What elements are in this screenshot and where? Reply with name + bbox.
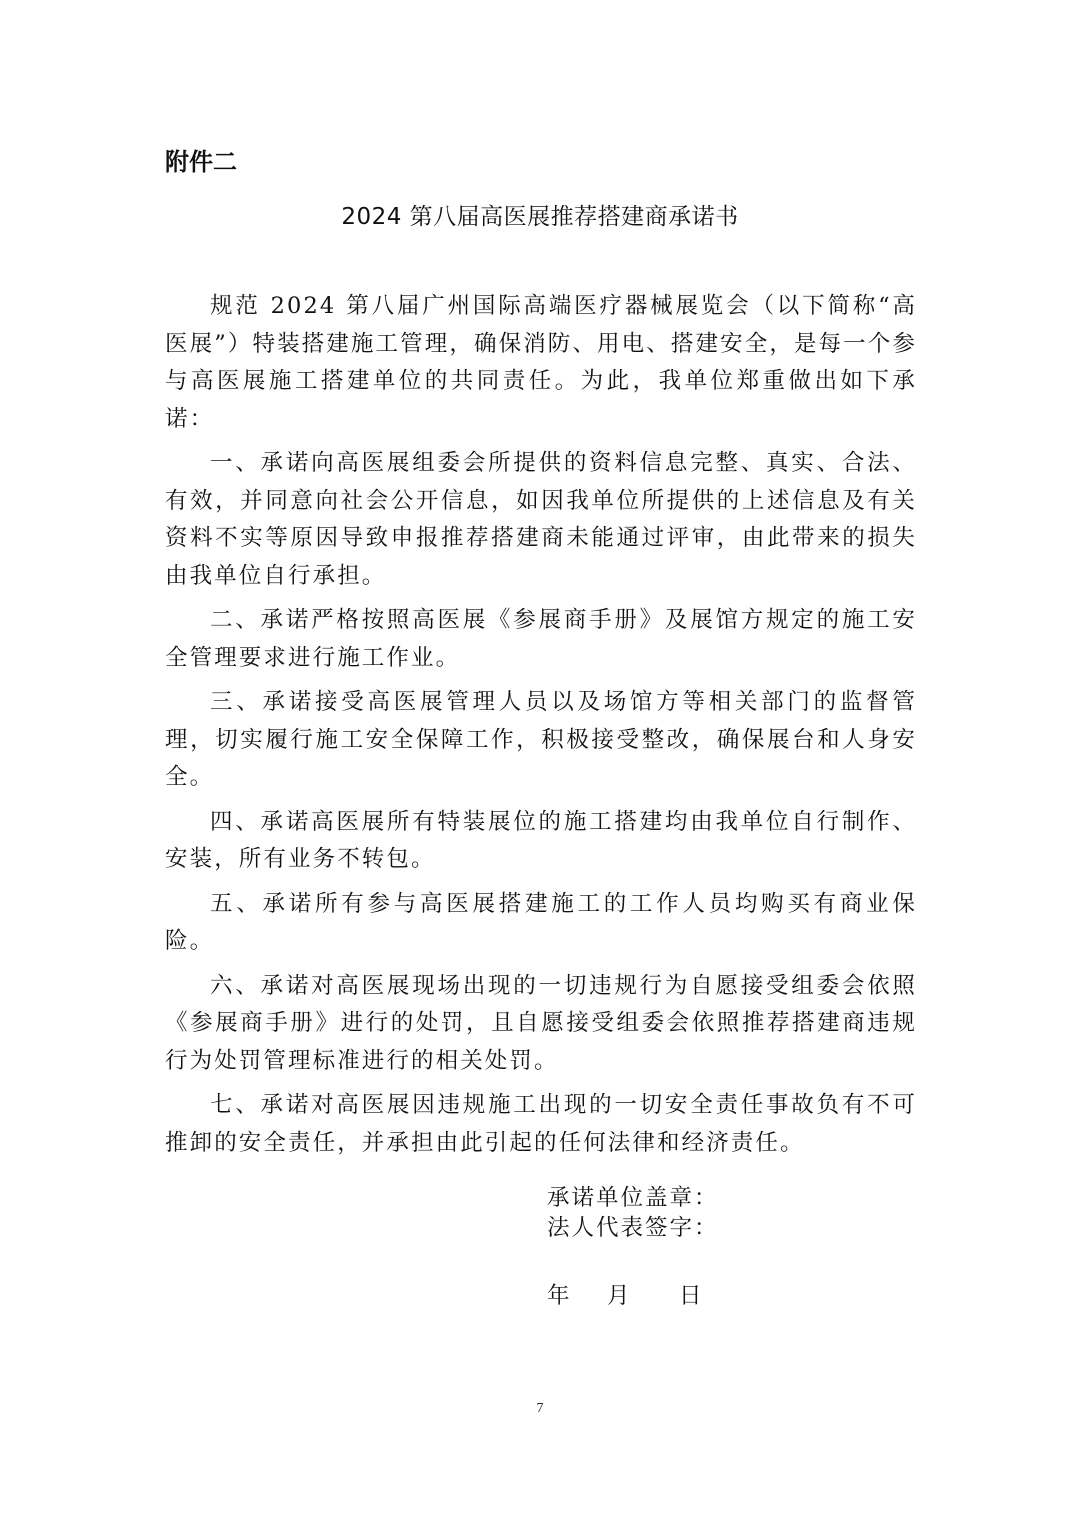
company-seal-label: 承诺单位盖章：	[547, 1183, 719, 1213]
signature-block: 承诺单位盖章： 法人代表签字：	[547, 1183, 719, 1243]
commitment-3: 三、承诺接受高医展管理人员以及场馆方等相关部门的监督管理，切实履行施工安全保障工…	[165, 684, 917, 797]
date-line: 年月日	[547, 1281, 702, 1311]
document-body: 规范 2024 第八届广州国际高端医疗器械展览会（以下简称“高医展”）特装搭建施…	[165, 288, 917, 1169]
commitment-4: 四、承诺高医展所有特装展位的施工搭建均由我单位自行制作、安装，所有业务不转包。	[165, 804, 917, 879]
date-day-label: 日	[679, 1281, 702, 1311]
date-month-label: 月	[607, 1281, 679, 1311]
commitment-1: 一、承诺向高医展组委会所提供的资料信息完整、真实、合法、有效，并同意向社会公开信…	[165, 445, 917, 595]
document-title: 2024 第八届高医展推荐搭建商承诺书	[0, 200, 1080, 234]
page-number: 7	[0, 1400, 1080, 1418]
intro-paragraph: 规范 2024 第八届广州国际高端医疗器械展览会（以下简称“高医展”）特装搭建施…	[165, 288, 917, 438]
attachment-label: 附件二	[165, 146, 237, 178]
document-page: 附件二 2024 第八届高医展推荐搭建商承诺书 规范 2024 第八届广州国际高…	[0, 0, 1080, 1527]
commitment-5: 五、承诺所有参与高医展搭建施工的工作人员均购买有商业保险。	[165, 886, 917, 961]
legal-representative-signature-label: 法人代表签字：	[547, 1213, 719, 1243]
commitment-7: 七、承诺对高医展因违规施工出现的一切安全责任事故负有不可推卸的安全责任，并承担由…	[165, 1087, 917, 1162]
date-year-label: 年	[547, 1281, 607, 1311]
commitment-2: 二、承诺严格按照高医展《参展商手册》及展馆方规定的施工安全管理要求进行施工作业。	[165, 602, 917, 677]
commitment-6: 六、承诺对高医展现场出现的一切违规行为自愿接受组委会依照《参展商手册》进行的处罚…	[165, 968, 917, 1081]
